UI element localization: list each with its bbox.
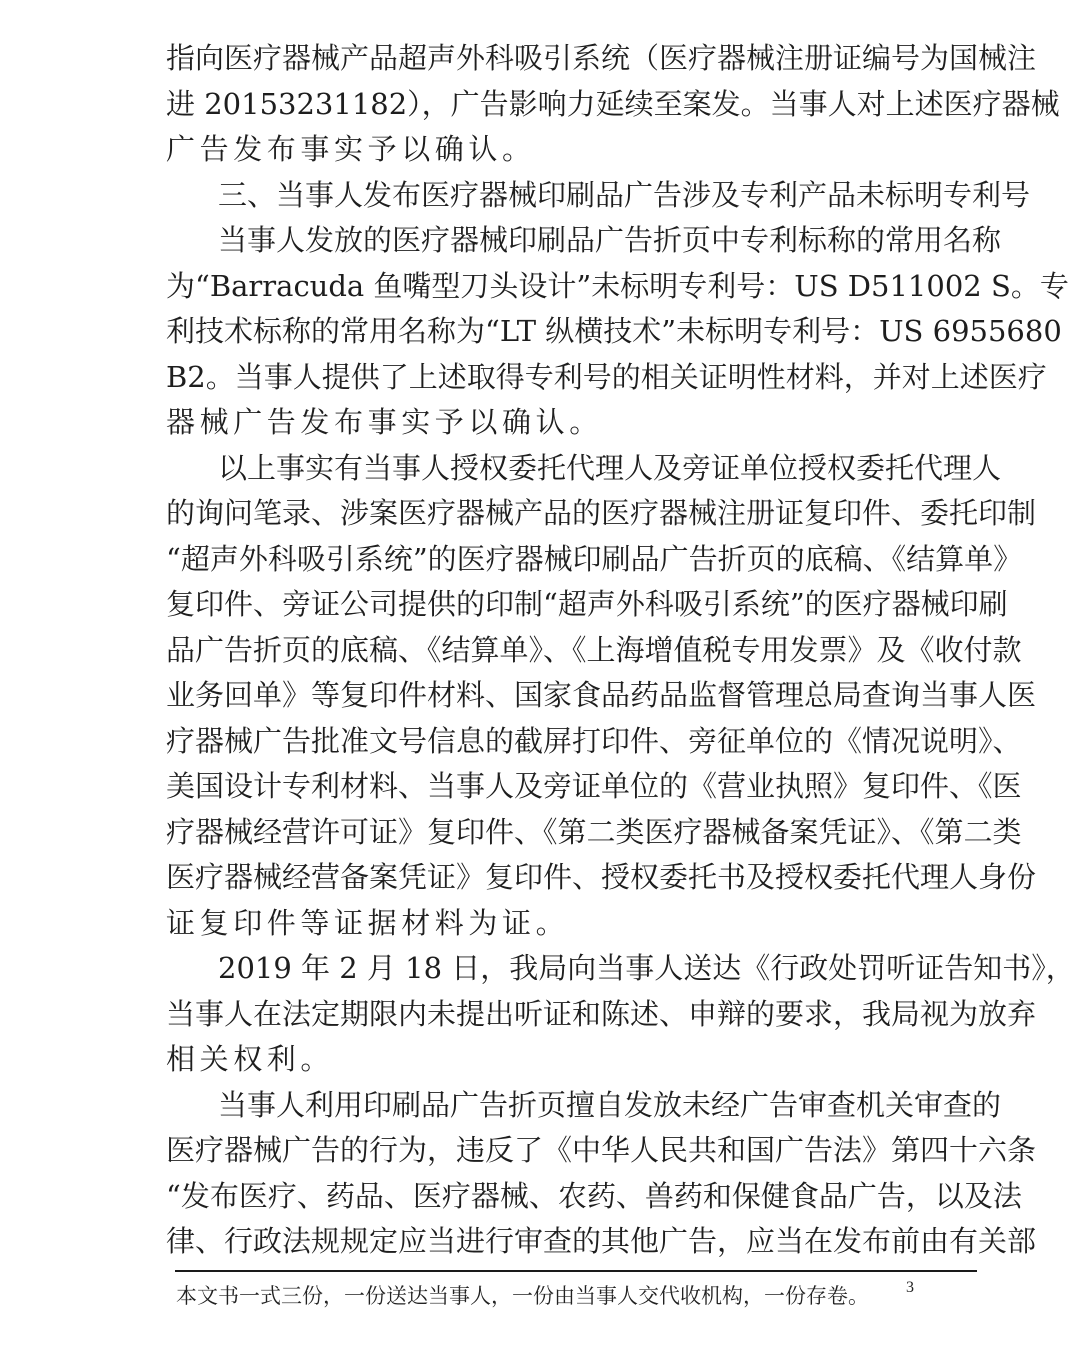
- line-text: 以上事实有当事人授权委托代理人及旁证单位授权委托代理人: [218, 446, 914, 492]
- line-text: 指向医疗器械产品超声外科吸引系统（医疗器械注册证编号为国械注: [166, 36, 914, 82]
- line-text: 疗器械广告批准文号信息的截屏打印件、旁征单位的《情况说明》、: [166, 719, 914, 765]
- text-line: 律、行政法规规定应当进行审查的其他广告，应当在发布前由有关部: [166, 1219, 914, 1265]
- line-text: 利技术标称的常用名称为“LT 纵横技术”未标明专利号：US 6955680: [166, 309, 914, 355]
- text-line: 当事人在法定期限内未提出听证和陈述、申辩的要求，我局视为放弃: [166, 992, 914, 1038]
- line-text: 进 20153231182），广告影响力延续至案发。当事人对上述医疗器械: [166, 82, 914, 128]
- text-line: 器械广告发布事实予以确认。: [166, 400, 914, 446]
- line-text: 三、当事人发布医疗器械印刷品广告涉及专利产品未标明专利号: [218, 173, 914, 219]
- document-page: 指向医疗器械产品超声外科吸引系统（医疗器械注册证编号为国械注进 20153231…: [0, 0, 1080, 1359]
- text-line: 相关权利。: [166, 1037, 914, 1083]
- paragraph-first-line: 当事人利用印刷品广告折页擅自发放未经广告审查机关审查的: [166, 1083, 914, 1129]
- line-text: 当事人在法定期限内未提出听证和陈述、申辩的要求，我局视为放弃: [166, 992, 914, 1038]
- line-text: 疗器械经营许可证》复印件、《第二类医疗器械备案凭证》、《第二类: [166, 810, 914, 856]
- document-body: 指向医疗器械产品超声外科吸引系统（医疗器械注册证编号为国械注进 20153231…: [166, 36, 914, 1265]
- line-text: 相关权利。: [166, 1037, 914, 1083]
- text-line: 疗器械经营许可证》复印件、《第二类医疗器械备案凭证》、《第二类: [166, 810, 914, 856]
- paragraph-first-line: 三、当事人发布医疗器械印刷品广告涉及专利产品未标明专利号: [166, 173, 914, 219]
- text-line: 医疗器械广告的行为，违反了《中华人民共和国广告法》第四十六条: [166, 1128, 914, 1174]
- text-line: 的询问笔录、涉案医疗器械产品的医疗器械注册证复印件、委托印制: [166, 491, 914, 537]
- line-text: 律、行政法规规定应当进行审查的其他广告，应当在发布前由有关部: [166, 1219, 914, 1265]
- text-line: 业务回单》等复印件材料、国家食品药品监督管理总局查询当事人医: [166, 673, 914, 719]
- line-text: 美国设计专利材料、当事人及旁证单位的《营业执照》复印件、《医: [166, 764, 914, 810]
- footer-note: 本文书一式三份，一份送达当事人，一份由当事人交代收机构，一份存卷。: [176, 1281, 869, 1311]
- text-line: 为“Barracuda 鱼嘴型刀头设计”未标明专利号：US D511002 S。…: [166, 264, 914, 310]
- paragraph-first-line: 2019 年 2 月 18 日，我局向当事人送达《行政处罚听证告知书》，: [166, 946, 914, 992]
- text-line: 利技术标称的常用名称为“LT 纵横技术”未标明专利号：US 6955680: [166, 309, 914, 355]
- text-line: 疗器械广告批准文号信息的截屏打印件、旁征单位的《情况说明》、: [166, 719, 914, 765]
- text-line: 进 20153231182），广告影响力延续至案发。当事人对上述医疗器械: [166, 82, 914, 128]
- line-text: 当事人利用印刷品广告折页擅自发放未经广告审查机关审查的: [218, 1083, 914, 1129]
- line-text: 医疗器械经营备案凭证》复印件、授权委托书及授权委托代理人身份: [166, 855, 914, 901]
- line-text: “超声外科吸引系统”的医疗器械印刷品广告折页的底稿、《结算单》: [166, 537, 914, 583]
- text-line: B2。当事人提供了上述取得专利号的相关证明性材料，并对上述医疗: [166, 355, 914, 401]
- text-line: 医疗器械经营备案凭证》复印件、授权委托书及授权委托代理人身份: [166, 855, 914, 901]
- line-text: 业务回单》等复印件材料、国家食品药品监督管理总局查询当事人医: [166, 673, 914, 719]
- text-line: 广告发布事实予以确认。: [166, 127, 914, 173]
- line-text: B2。当事人提供了上述取得专利号的相关证明性材料，并对上述医疗: [166, 355, 914, 401]
- line-text: 医疗器械广告的行为，违反了《中华人民共和国广告法》第四十六条: [166, 1128, 914, 1174]
- line-text: 的询问笔录、涉案医疗器械产品的医疗器械注册证复印件、委托印制: [166, 491, 914, 537]
- text-line: 美国设计专利材料、当事人及旁证单位的《营业执照》复印件、《医: [166, 764, 914, 810]
- line-text: 2019 年 2 月 18 日，我局向当事人送达《行政处罚听证告知书》，: [218, 946, 914, 992]
- line-text: “发布医疗、药品、医疗器械、农药、兽药和保健食品广告，以及法: [166, 1174, 914, 1220]
- line-text: 品广告折页的底稿、《结算单》、《上海增值税专用发票》及《收付款: [166, 628, 914, 674]
- text-line: “超声外科吸引系统”的医疗器械印刷品广告折页的底稿、《结算单》: [166, 537, 914, 583]
- paragraph-first-line: 当事人发放的医疗器械印刷品广告折页中专利标称的常用名称: [166, 218, 914, 264]
- line-text: 广告发布事实予以确认。: [166, 127, 914, 173]
- text-line: 复印件、旁证公司提供的印制“超声外科吸引系统”的医疗器械印刷: [166, 582, 914, 628]
- text-line: 证复印件等证据材料为证。: [166, 901, 914, 947]
- line-text: 器械广告发布事实予以确认。: [166, 400, 914, 446]
- line-text: 当事人发放的医疗器械印刷品广告折页中专利标称的常用名称: [218, 218, 914, 264]
- text-line: 品广告折页的底稿、《结算单》、《上海增值税专用发票》及《收付款: [166, 628, 914, 674]
- text-line: 指向医疗器械产品超声外科吸引系统（医疗器械注册证编号为国械注: [166, 36, 914, 82]
- line-text: 证复印件等证据材料为证。: [166, 901, 914, 947]
- text-line: “发布医疗、药品、医疗器械、农药、兽药和保健食品广告，以及法: [166, 1174, 914, 1220]
- footer-divider: [175, 1270, 977, 1272]
- line-text: 复印件、旁证公司提供的印制“超声外科吸引系统”的医疗器械印刷: [166, 582, 914, 628]
- line-text: 为“Barracuda 鱼嘴型刀头设计”未标明专利号：US D511002 S。…: [166, 264, 914, 310]
- paragraph-first-line: 以上事实有当事人授权委托代理人及旁证单位授权委托代理人: [166, 446, 914, 492]
- page-number: 3: [906, 1278, 914, 1298]
